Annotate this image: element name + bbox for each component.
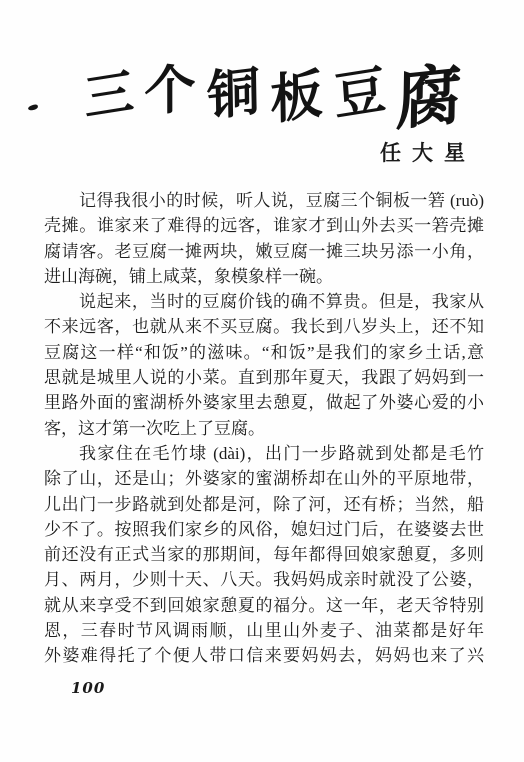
- text-line: 少不了。按照我们家乡的风俗，媳妇过门后，在婆婆去世以: [44, 517, 484, 542]
- text-line: 我家住在毛竹埭 (dài)，出门一步路就到处都是毛竹山，: [44, 441, 484, 466]
- page-number: 100: [71, 679, 105, 697]
- text-line: 壳摊。谁家来了难得的远客，谁家才到山外去买一箬壳摊豆: [44, 213, 484, 238]
- title-char: 三: [83, 66, 135, 124]
- text-line: 外婆难得托了个便人带口信来要妈妈去，妈妈也来了兴趣，: [44, 643, 484, 668]
- text-line: 月、两月，少则十天、八天。我妈妈成亲时就没了公婆，也: [44, 567, 484, 592]
- text-line: 不来远客，也就从来不买豆腐。我长到八岁头上，还不知道: [44, 314, 484, 339]
- text-line: 除了山，还是山；外婆家的蜜湖桥却在山外的平原地带，那: [44, 466, 484, 491]
- title-char: 腐: [396, 62, 463, 135]
- text-line: 客，这才第一次吃上了豆腐。: [44, 416, 484, 441]
- text-line: 思就是城里人说的小菜。直到那年夏天，我跟了妈妈到一百: [44, 365, 484, 390]
- title-char: 铜: [207, 65, 261, 125]
- title-char: 个: [145, 62, 197, 122]
- text-line: 豆腐这一样“和饭”的滋味。“和饭”是我们的家乡土话,意: [44, 340, 484, 365]
- text-line: 恩，三春时节风调雨顺，山里山外麦子、油菜都是好年成，: [44, 618, 484, 643]
- chapter-title-calligraphy: 三个铜板豆腐: [84, 50, 462, 140]
- text-line: 进山海碗，铺上咸菜，象模象样一碗。: [44, 264, 484, 289]
- title-char: 板: [270, 68, 323, 129]
- text-line: 里路外面的蜜湖桥外婆家里去憩夏，做起了外婆心爱的小娇: [44, 390, 484, 415]
- text-line: 腐请客。老豆腐一摊两块，嫩豆腐一摊三块另添一小角，倒: [44, 239, 484, 264]
- ink-speck: [28, 104, 39, 111]
- body-text: 记得我很小的时候，听人说，豆腐三个铜板一箬 (ruò)壳摊。谁家来了难得的远客，…: [44, 188, 484, 669]
- text-line: 前还没有正式当家的那期间，每年都得回娘家憩夏，多则一: [44, 542, 484, 567]
- book-page: 三个铜板豆腐 任大星 记得我很小的时候，听人说，豆腐三个铜板一箬 (ruò)壳摊…: [0, 0, 524, 762]
- text-line: 记得我很小的时候，听人说，豆腐三个铜板一箬 (ruò): [44, 188, 484, 213]
- text-line: 说起来，当时的豆腐价钱的确不算贵。但是，我家从来: [44, 289, 484, 314]
- author-name: 任大星: [380, 137, 476, 167]
- text-line: 儿出门一步路就到处都是河，除了河，还有桥；当然，船也: [44, 492, 484, 517]
- text-line: 就从来享受不到回娘家憩夏的福分。这一年，老天爷特别开: [44, 593, 484, 618]
- title-char: 豆: [332, 65, 387, 125]
